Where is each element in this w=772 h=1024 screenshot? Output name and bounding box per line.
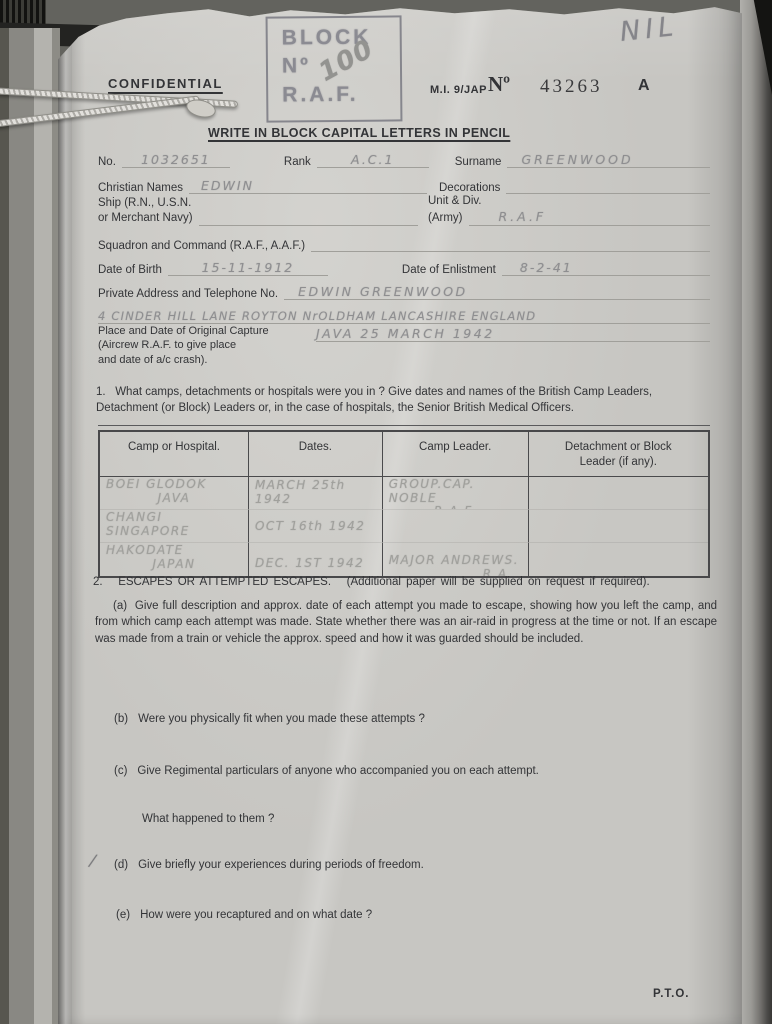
date-of-birth-label: Date of Birth: [98, 264, 168, 276]
question-2c: (c) Give Regimental particulars of anyon…: [114, 765, 674, 777]
row-dob-enlistment: Date of Birth 15-11-1912 Date of Enlistm…: [98, 254, 710, 276]
col-header-camp: Camp or Hospital.: [100, 432, 249, 477]
block-number-stamp: BLOCK Nº R.A.F. 100: [266, 15, 403, 122]
date-of-enlistment-value: 8-2-41: [520, 260, 573, 275]
squadron-label: Squadron and Command (R.A.F., A.A.F.): [98, 240, 311, 252]
rank-field: A.C.1: [317, 152, 429, 168]
question-2e: (e) How were you recaptured and on what …: [116, 909, 676, 921]
question-2a-text: Give full description and approx. date o…: [95, 600, 717, 645]
capture-label-block: Place and Date of Original Capture (Airc…: [98, 324, 316, 367]
section-2-number: 2.: [93, 576, 103, 588]
row-christian-decorations: Christian Names EDWIN Decorations: [98, 172, 710, 194]
capture-label-line3: and date of a/c crash).: [98, 353, 316, 367]
stamp-line-raf: R.A.F.: [282, 80, 400, 109]
row-no-rank-surname: No. 1032651 Rank A.C.1 Surname GREENWOOD: [98, 146, 710, 168]
rank-label: Rank: [284, 156, 317, 168]
surname-label: Surname: [455, 156, 508, 168]
question-2d-text: Give briefly your experiences during per…: [138, 859, 424, 871]
table-cell-detachment-3: [529, 543, 708, 576]
camp-2-line2: SINGAPORE: [106, 525, 242, 539]
dates-2: OCT 16th 1942: [255, 519, 365, 533]
unit-div-label-line1: Unit & Div.: [428, 194, 710, 209]
unit-div-field: R.A.F: [469, 209, 711, 226]
table-cell-camp-3: HAKODATE JAPAN: [100, 543, 249, 576]
capture-label-line1: Place and Date of Original Capture: [98, 324, 316, 338]
question-2c-followup: What happened to them ?: [142, 813, 702, 825]
question-2d: (d) Give briefly your experiences during…: [114, 859, 674, 871]
table-cell-leader-2: [383, 510, 529, 543]
capture-value: JAVA 25 MARCH 1942: [316, 326, 495, 341]
question-2b-letter: (b): [114, 713, 128, 725]
unit-div-block: Unit & Div. (Army) R.A.F: [428, 194, 710, 226]
date-of-enlistment-label: Date of Enlistment: [402, 264, 502, 276]
series-letter: A: [638, 77, 650, 95]
scanned-document-photo: CONFIDENTIAL BLOCK Nº R.A.F. 100 M.I. 9/…: [0, 0, 772, 1024]
date-of-birth-value: 15-11-1912: [202, 260, 295, 275]
private-address-value-line2: 4 CINDER HILL LANE ROYTON NrOLDHAM LANCA…: [98, 309, 536, 323]
question-2e-text: How were you recaptured and on what date…: [140, 909, 372, 921]
service-no-field: 1032651: [122, 152, 230, 168]
table-cell-dates-3: DEC. 1ST 1942: [249, 543, 383, 576]
question-2a-letter: (a): [113, 600, 127, 612]
camps-table: Camp or Hospital. Dates. Camp Leader. De…: [98, 430, 710, 578]
rank-value: A.C.1: [351, 152, 394, 167]
section-2-note: (Additional paper will be supplied on re…: [347, 576, 650, 588]
case-number: 43263: [540, 76, 603, 98]
col-header-detachment: Detachment or Block Leader (if any).: [529, 432, 708, 477]
mi9-jap-label: M.I. 9/JAP: [430, 84, 487, 96]
row-private-address: Private Address and Telephone No. EDWIN …: [98, 278, 710, 300]
handwritten-nil-note: NIL: [619, 11, 680, 48]
ship-label-line1: Ship (R.N., U.S.N.: [98, 196, 418, 211]
question-1-text: What camps, detachments or hospitals wer…: [96, 386, 652, 414]
unit-div-label-line2: (Army): [428, 211, 469, 226]
dates-3: DEC. 1ST 1942: [255, 556, 364, 570]
question-2d-letter: (d): [114, 859, 128, 871]
service-no-label: No.: [98, 156, 122, 168]
private-address-label: Private Address and Telephone No.: [98, 288, 284, 300]
question-1-number: 1.: [96, 386, 106, 398]
unit-div-value: R.A.F: [499, 209, 547, 225]
table-cell-dates-1: MARCH 25th 1942: [249, 477, 383, 510]
col-header-dates: Dates.: [249, 432, 383, 477]
classification-label: CONFIDENTIAL: [108, 76, 223, 91]
camp-3-line1: HAKODATE: [106, 544, 242, 558]
question-1: 1. What camps, detachments or hospitals …: [96, 384, 716, 416]
question-2b: (b) Were you physically fit when you mad…: [114, 713, 674, 725]
page-curl-shadow: [58, 0, 72, 1024]
question-2c-followup-text: What happened to them ?: [142, 813, 274, 825]
private-address-value-line1: EDWIN GREENWOOD: [298, 284, 468, 299]
leader-3-line1: MAJOR ANDREWS.: [389, 554, 522, 568]
question-2e-letter: (e): [116, 909, 130, 921]
ship-label-line2: or Merchant Navy): [98, 211, 199, 226]
pencil-tick-mark: /: [89, 851, 99, 871]
dates-1: MARCH 25th 1942: [255, 478, 376, 506]
ship-block: Ship (R.N., U.S.N. or Merchant Navy): [98, 196, 418, 226]
camp-1-line2: JAVA: [106, 492, 242, 506]
camp-2-line1: CHANGI: [106, 511, 242, 525]
ship-field: [199, 225, 418, 226]
capture-field: JAVA 25 MARCH 1942: [316, 325, 710, 342]
binder-spine: [0, 28, 60, 1024]
question-2c-letter: (c): [114, 765, 127, 777]
table-cell-camp-2: CHANGI SINGAPORE: [100, 510, 249, 543]
leader-3-line2: R.A: [389, 568, 522, 576]
christian-names-value: EDWIN: [201, 178, 254, 193]
instruction-heading: WRITE IN BLOCK CAPITAL LETTERS IN PENCIL: [208, 126, 510, 140]
questionnaire-page: CONFIDENTIAL BLOCK Nº R.A.F. 100 M.I. 9/…: [58, 0, 742, 1024]
service-no-value: 1032651: [141, 152, 211, 167]
table-cell-detachment-2: [529, 510, 708, 543]
underlying-page-edges: [740, 0, 772, 1024]
capture-label-line2: (Aircrew R.A.F. to give place: [98, 338, 316, 352]
surname-field: GREENWOOD: [507, 152, 710, 168]
question-2c-text: Give Regimental particulars of anyone wh…: [137, 765, 538, 777]
private-address-field-line1: EDWIN GREENWOOD: [284, 284, 710, 300]
question-2a: (a) Give full description and approx. da…: [95, 598, 717, 647]
date-of-birth-field: 15-11-1912: [168, 260, 328, 276]
page-turn-over-note: P.T.O.: [653, 988, 689, 1000]
row-ship-unit: Ship (R.N., U.S.N. or Merchant Navy) Uni…: [98, 192, 710, 226]
personal-details-form: No. 1032651 Rank A.C.1 Surname GREENWOOD…: [98, 144, 710, 380]
surname-value: GREENWOOD: [521, 152, 633, 167]
camp-1-line1: BOEI GLODOK: [106, 478, 242, 492]
row-private-address-line2: 4 CINDER HILL LANE ROYTON NrOLDHAM LANCA…: [98, 302, 710, 324]
squadron-field: [311, 251, 710, 252]
table-cell-dates-2: OCT 16th 1942: [249, 510, 383, 543]
row-squadron: Squadron and Command (R.A.F., A.A.F.): [98, 230, 710, 252]
table-cell-leader-3: MAJOR ANDREWS. R.A: [383, 543, 529, 576]
private-address-field-line2: 4 CINDER HILL LANE ROYTON NrOLDHAM LANCA…: [98, 309, 710, 324]
table-cell-camp-1: BOEI GLODOK JAVA: [100, 477, 249, 510]
section-2-heading: 2. ESCAPES OR ATTEMPTED ESCAPES. (Additi…: [93, 576, 718, 588]
section-2-title: ESCAPES OR ATTEMPTED ESCAPES.: [118, 576, 331, 588]
camp-3-line2: JAPAN: [106, 558, 242, 572]
col-header-leader: Camp Leader.: [383, 432, 529, 477]
table-cell-detachment-1: [529, 477, 708, 510]
question-2b-text: Were you physically fit when you made th…: [138, 713, 425, 725]
date-of-enlistment-field: 8-2-41: [502, 260, 710, 276]
row-capture: Place and Date of Original Capture (Airc…: [98, 324, 710, 372]
table-cell-leader-1: GROUP.CAP. NOBLE R.A.F.: [383, 477, 529, 510]
number-symbol: Nº: [488, 72, 510, 97]
leader-1-line1: GROUP.CAP. NOBLE: [389, 478, 522, 506]
